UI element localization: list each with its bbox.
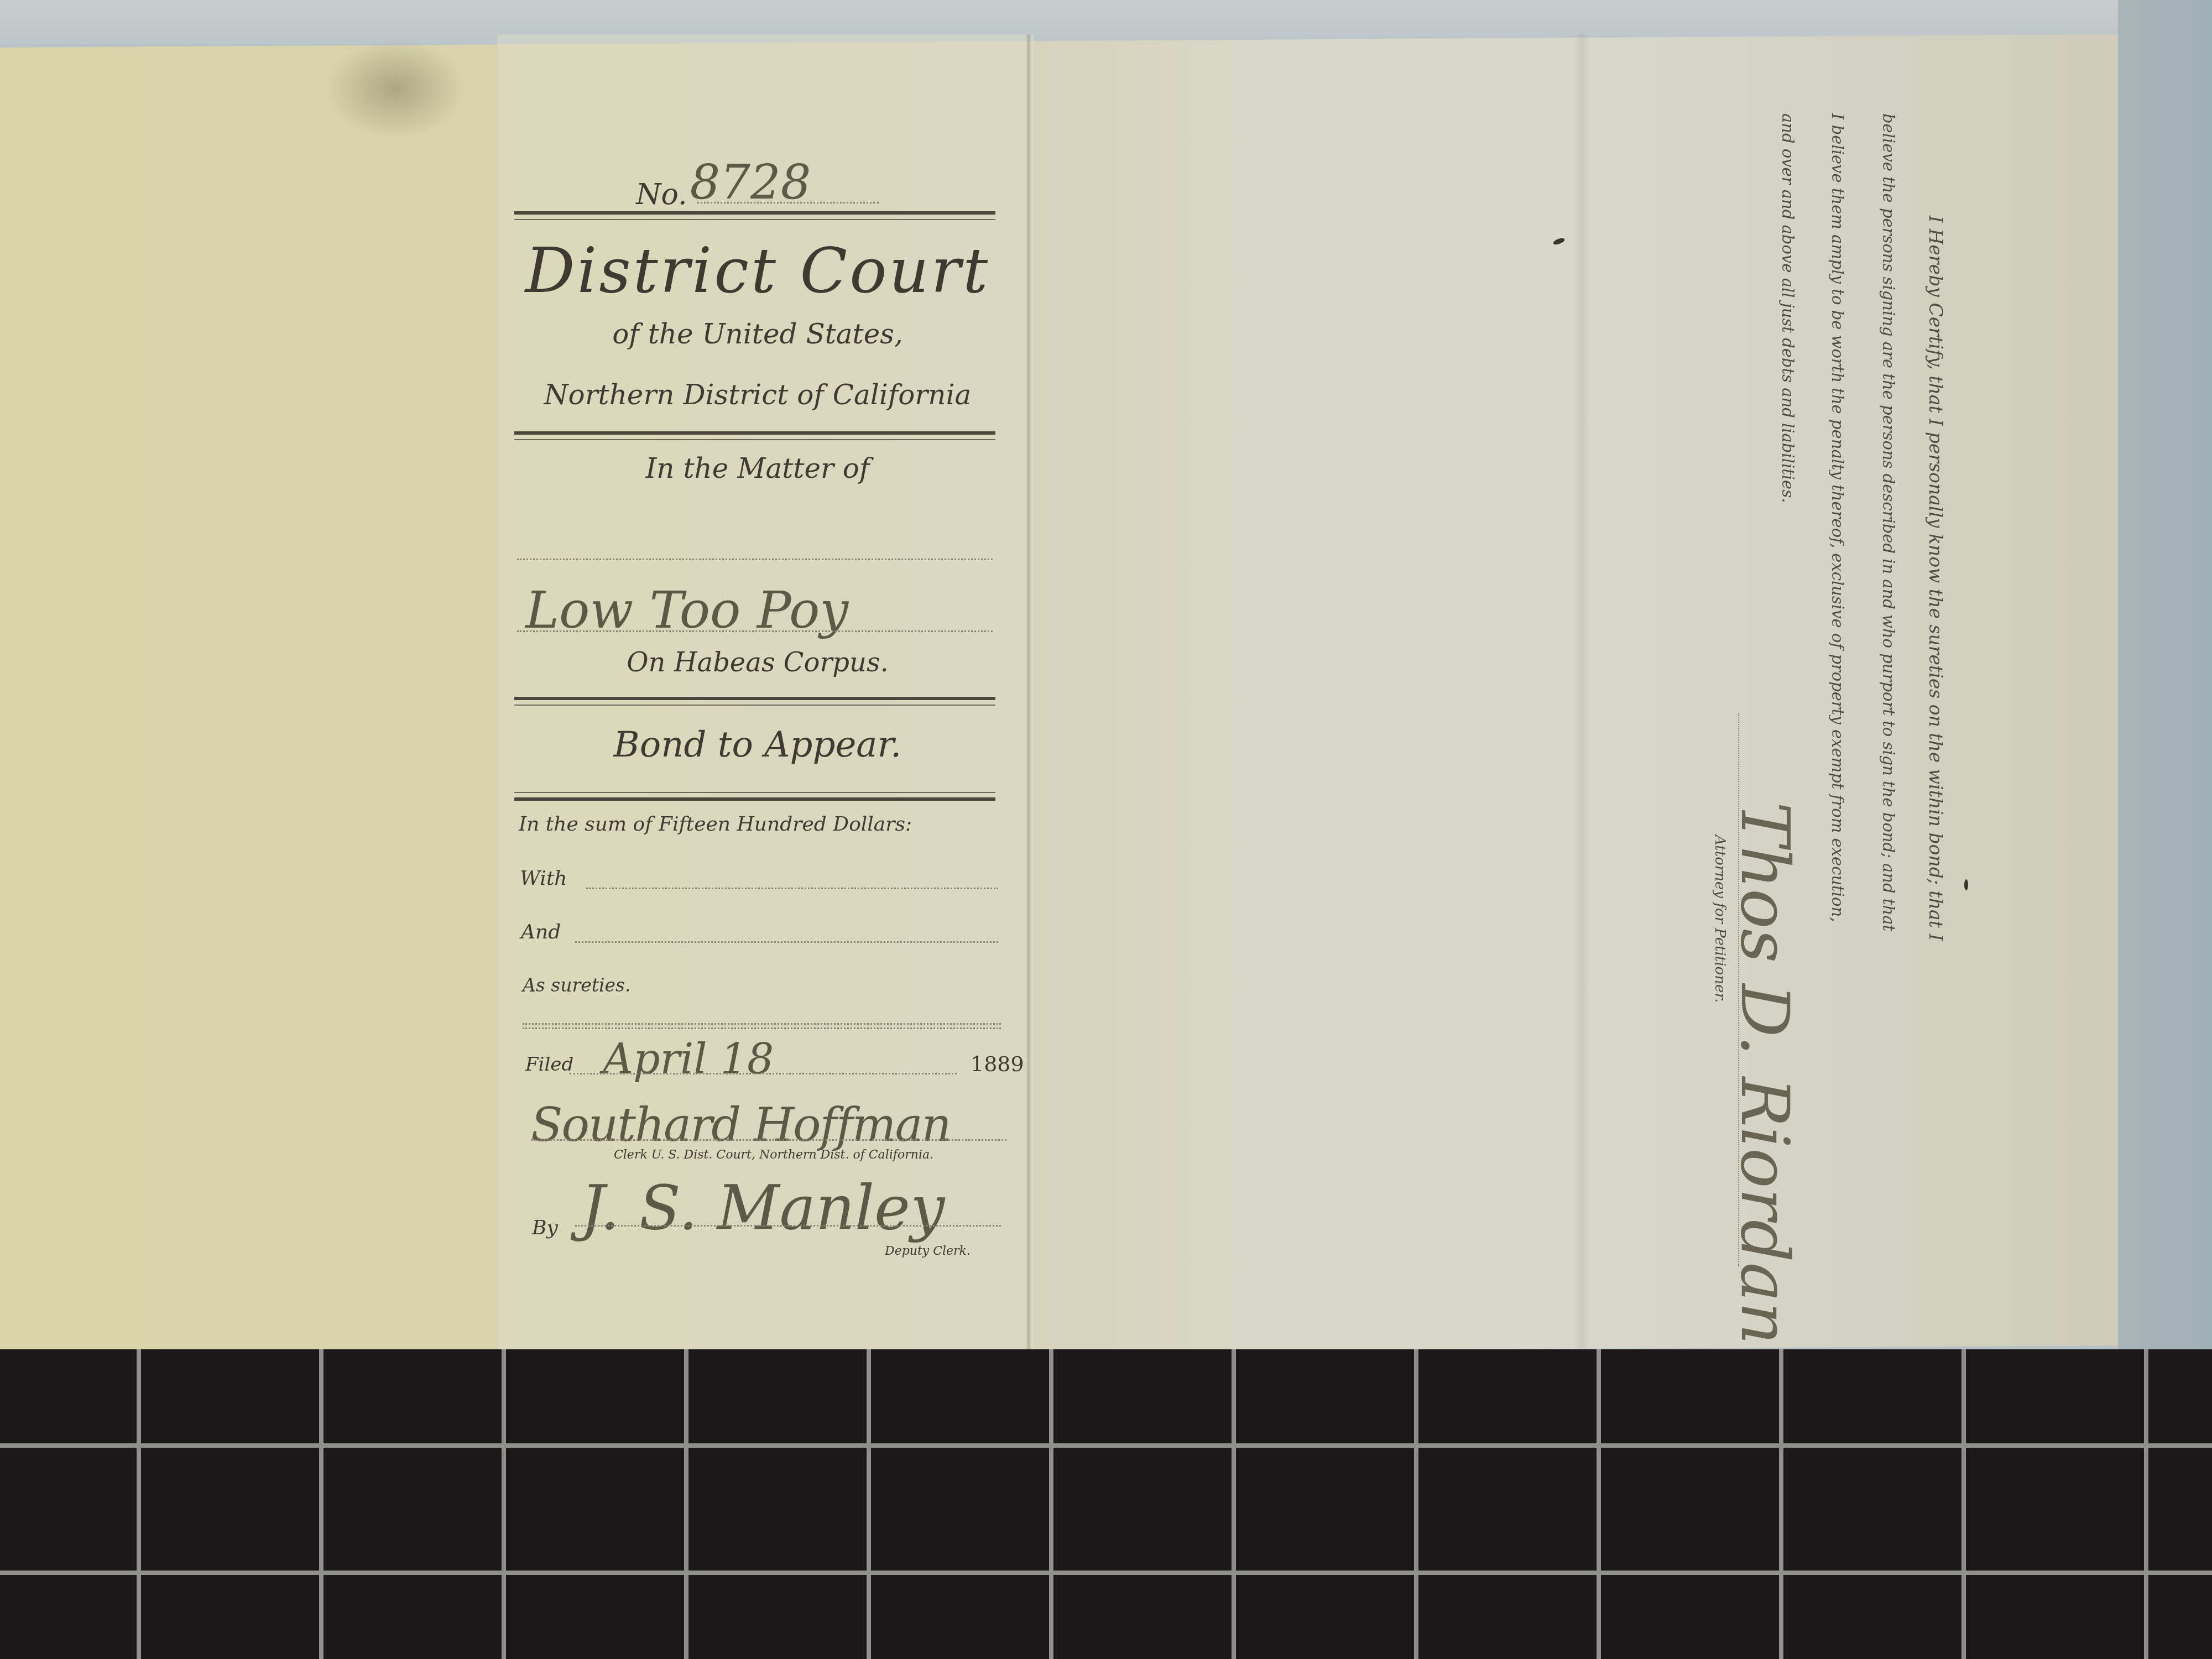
attorney-signature: Thos D. Riordan bbox=[1726, 802, 1803, 1345]
sum-line: In the sum of Fifteen Hundred Dollars: bbox=[519, 813, 912, 836]
party-line-lower bbox=[517, 630, 993, 632]
case-number: No. 8728 bbox=[636, 160, 811, 216]
certificate-line-4: and over and above all just debts and li… bbox=[1778, 113, 1797, 503]
court-subtitle-2: Northern District of California bbox=[514, 379, 1001, 411]
certificate-line-1: I Hereby Certify, that I personally know… bbox=[1925, 216, 1947, 941]
filed-date: April 18 bbox=[603, 1034, 774, 1083]
sureties-label: As sureties. bbox=[523, 974, 631, 996]
court-title: District Court bbox=[514, 235, 1001, 307]
divider-dotted bbox=[523, 1023, 1001, 1025]
with-field[interactable] bbox=[586, 888, 998, 889]
filed-year: 1889 bbox=[971, 1052, 1024, 1076]
certificate-line-3: I believe them amply to be worth the pen… bbox=[1828, 113, 1847, 922]
backdrop-right bbox=[2118, 0, 2212, 1355]
divider-rule bbox=[514, 431, 995, 440]
deputy-caption: Deputy Clerk. bbox=[885, 1244, 971, 1258]
proceeding-label: On Habeas Corpus. bbox=[514, 647, 1001, 678]
deputy-signature: J. S. Manley bbox=[581, 1172, 945, 1243]
fold-crease bbox=[1573, 34, 1590, 1359]
court-subtitle-1: of the United States, bbox=[514, 318, 1001, 350]
clerk-signature: Southard Hoffman bbox=[531, 1098, 951, 1152]
cutting-mat bbox=[0, 1349, 2212, 1659]
clerk-caption: Clerk U. S. Dist. Court, Northern Dist. … bbox=[614, 1148, 933, 1162]
divider-dotted bbox=[523, 1027, 1001, 1029]
and-label: And bbox=[521, 921, 561, 943]
fold-crease bbox=[1026, 34, 1031, 1359]
with-label: With bbox=[520, 867, 567, 890]
filed-line bbox=[570, 1073, 957, 1074]
ink-mark bbox=[1964, 879, 1968, 890]
clerk-line bbox=[531, 1139, 1006, 1141]
divider-rule bbox=[514, 211, 995, 220]
divider-rule bbox=[514, 697, 995, 706]
case-number-line bbox=[697, 202, 879, 204]
and-field[interactable] bbox=[575, 941, 998, 943]
by-label: By bbox=[532, 1217, 558, 1239]
certificate-line-2: believe the persons signing are the pers… bbox=[1879, 113, 1898, 931]
filed-label: Filed bbox=[525, 1053, 573, 1076]
ink-stain bbox=[326, 39, 465, 138]
matter-label: In the Matter of bbox=[514, 452, 1001, 484]
attorney-caption: Attorney for Petitioner. bbox=[1712, 835, 1728, 1003]
deputy-line bbox=[575, 1225, 1001, 1227]
document-title: Bond to Appear. bbox=[514, 724, 1001, 765]
divider-rule bbox=[514, 792, 995, 801]
party-line-upper bbox=[517, 559, 993, 560]
case-number-label: No. bbox=[636, 178, 687, 211]
